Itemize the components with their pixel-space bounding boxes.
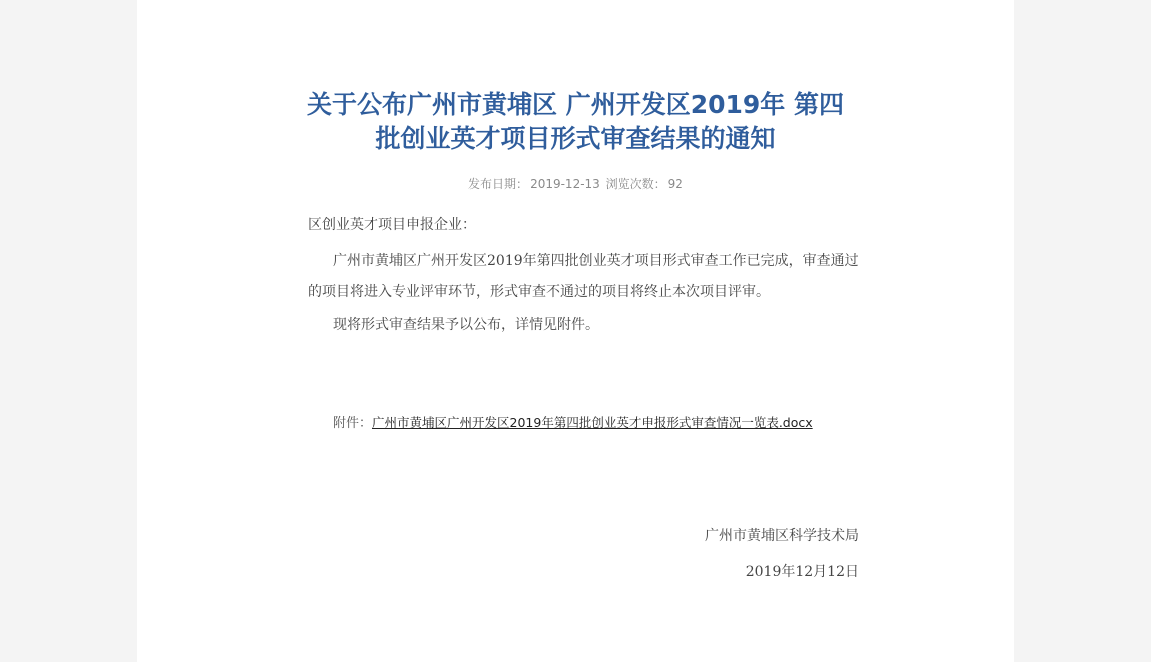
signature: 广州市黄埔区科学技术局 2019年12月12日 <box>705 518 859 590</box>
attachment-label: 附件： <box>333 416 372 431</box>
signature-organization: 广州市黄埔区科学技术局 <box>705 518 859 554</box>
paragraph-2: 现将形式审查结果予以公布，详情见附件。 <box>308 310 860 341</box>
paragraph-1: 广州市黄埔区广州开发区2019年第四批创业英才项目形式审查工作已完成，审查通过的… <box>308 246 860 308</box>
salutation: 区创业英才项目申报企业： <box>308 210 860 241</box>
attachment: 附件：广州市黄埔区广州开发区2019年第四批创业英才申报形式审查情况一览表.do… <box>333 413 813 434</box>
article-title-line-1: 关于公布广州市黄埔区 广州开发区2019年 第四 <box>137 88 1014 122</box>
publish-date: 2019-12-13 <box>530 177 600 191</box>
signature-date: 2019年12月12日 <box>705 554 859 590</box>
view-count: 92 <box>668 177 683 191</box>
article-title: 关于公布广州市黄埔区 广州开发区2019年 第四 批创业英才项目形式审查结果的通… <box>137 88 1014 156</box>
publish-date-label: 发布日期： <box>468 177 528 191</box>
article-meta: 发布日期：2019-12-13 浏览次数：92 <box>137 176 1014 192</box>
view-count-label: 浏览次数： <box>606 177 666 191</box>
article-page: 关于公布广州市黄埔区 广州开发区2019年 第四 批创业英才项目形式审查结果的通… <box>137 0 1014 662</box>
attachment-download-link[interactable]: 广州市黄埔区广州开发区2019年第四批创业英才申报形式审查情况一览表.docx <box>372 415 813 430</box>
article-title-line-2: 批创业英才项目形式审查结果的通知 <box>137 122 1014 156</box>
